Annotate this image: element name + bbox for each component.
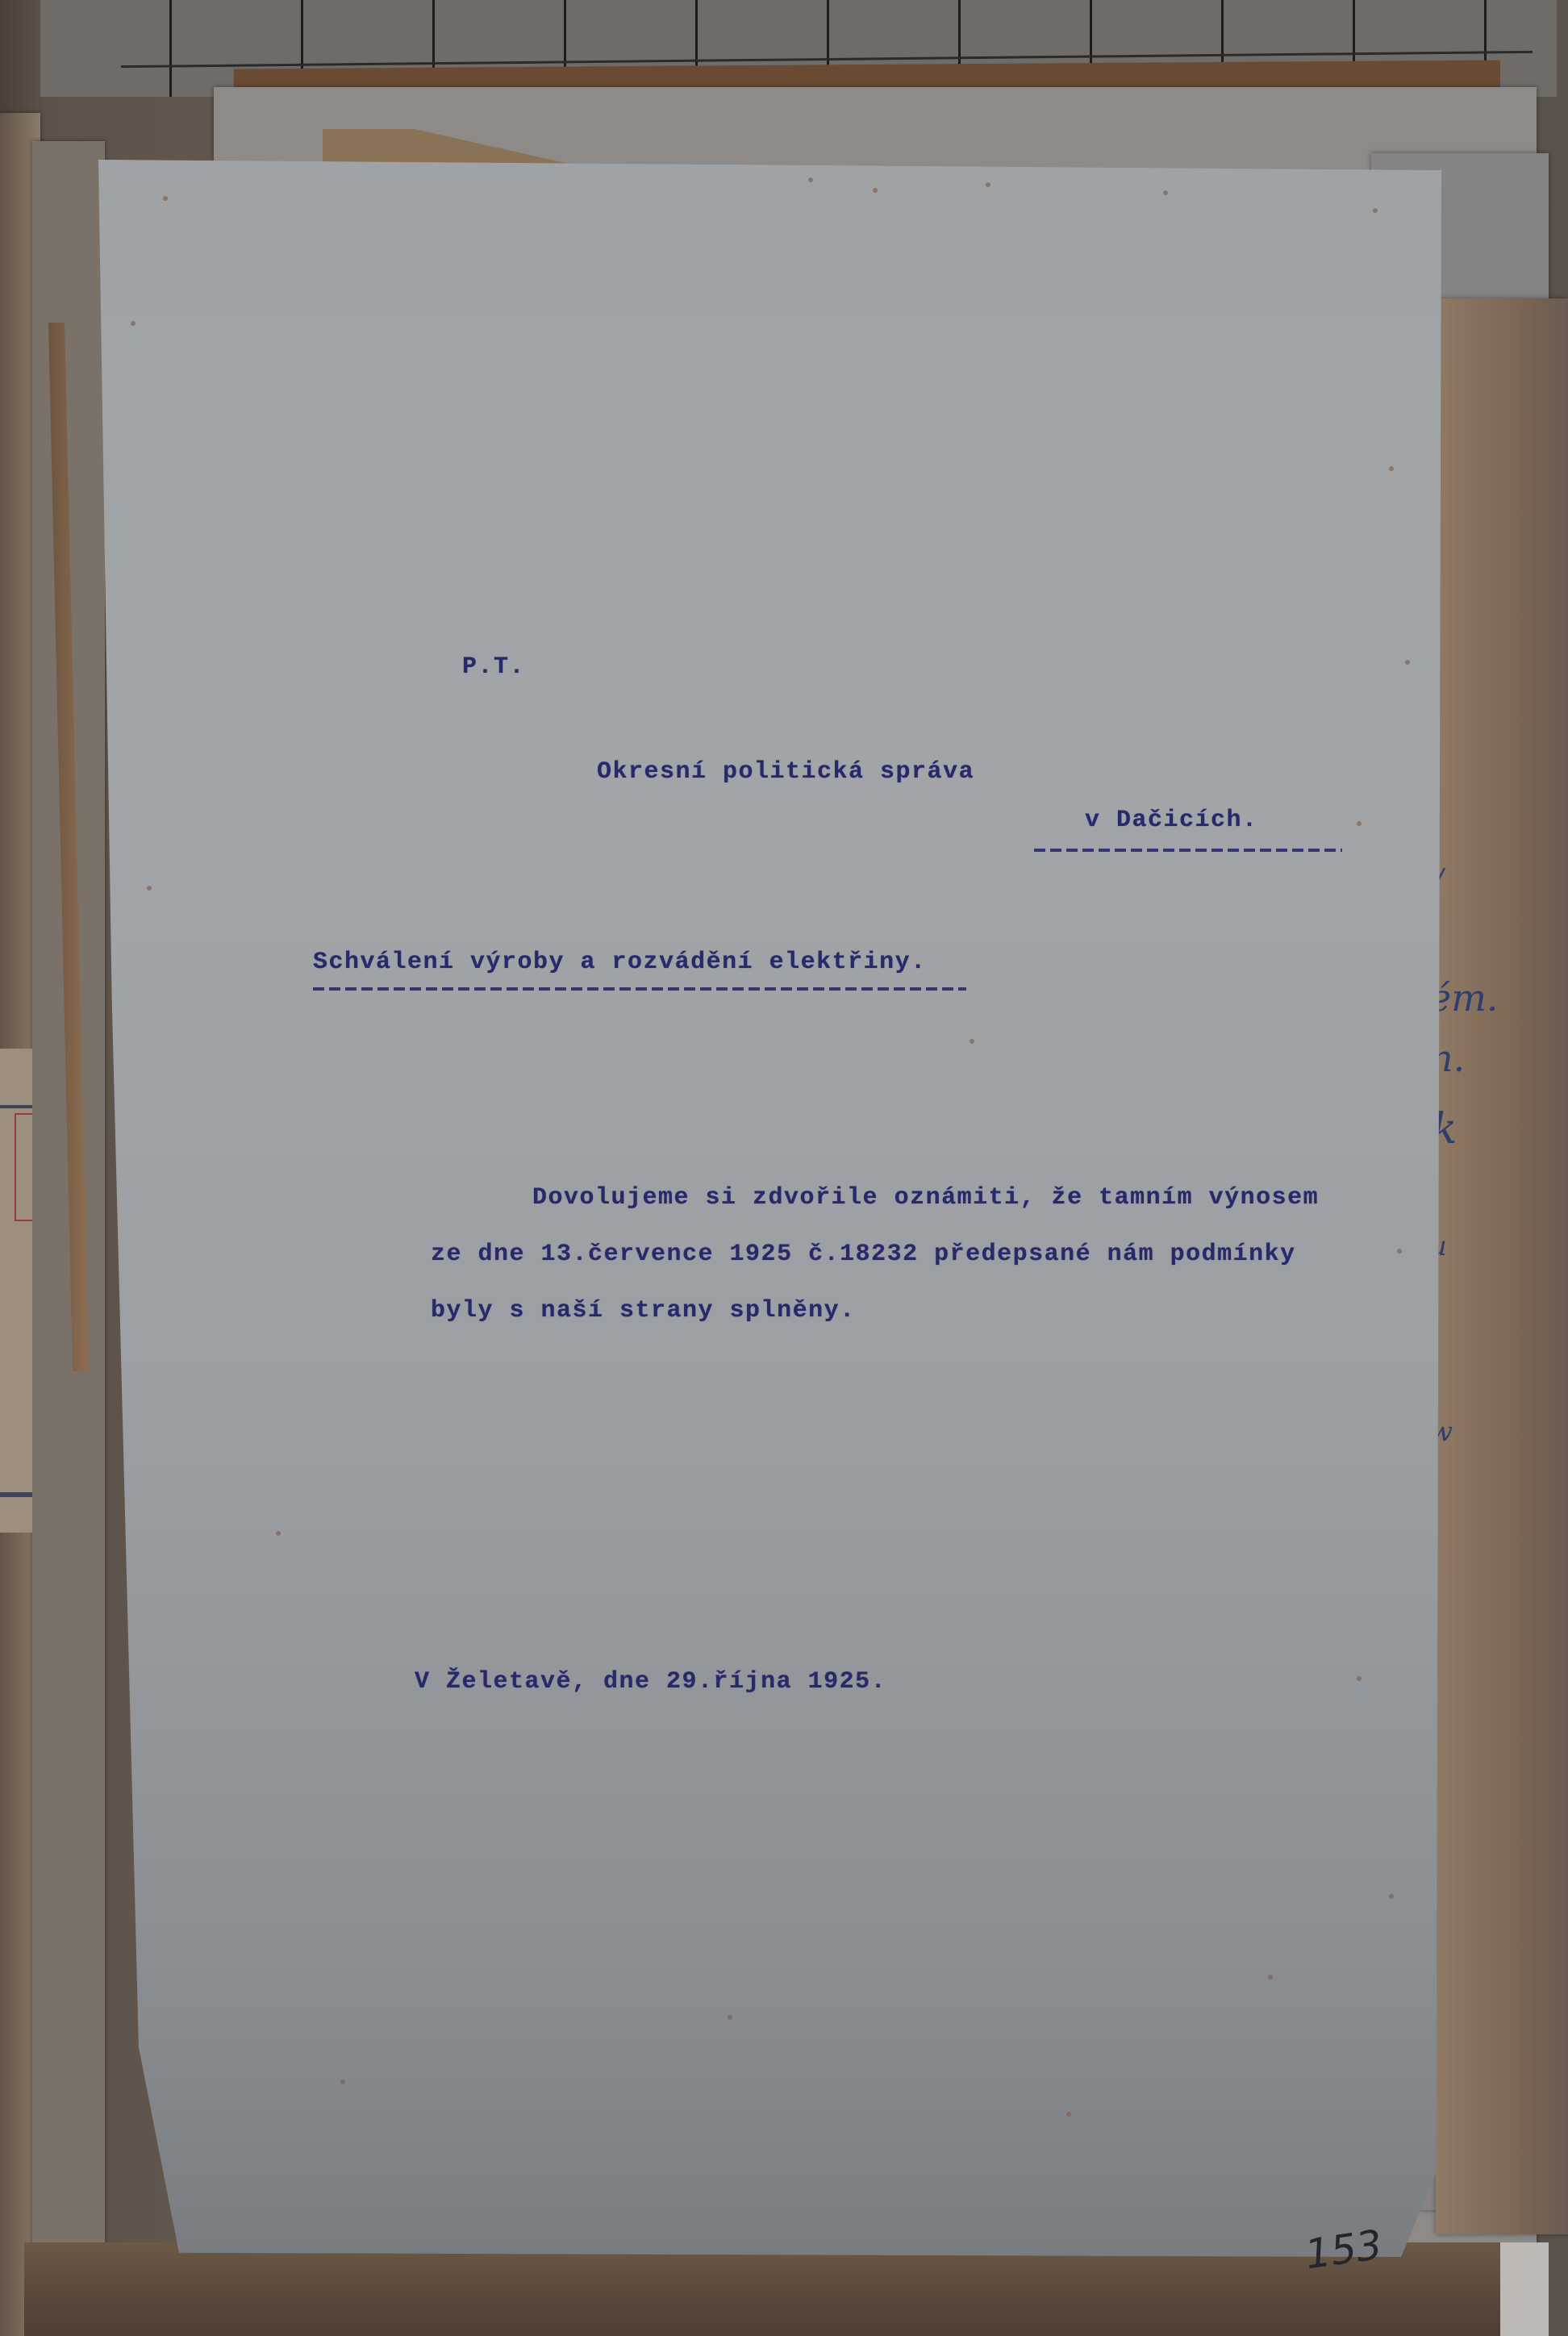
archive-photo-scene: / ém. n. k u w P.T. Okresní politická sp…: [0, 0, 1568, 2336]
letter-subject: Schválení výroby a rozvádění elektřiny.: [313, 949, 927, 976]
recipient-underline: [1034, 849, 1342, 852]
body-line-1: Dovolujeme si zdvořile oznámiti, že tamn…: [532, 1184, 1319, 1212]
ledger-band: [0, 1492, 32, 1497]
margin-note: ém.: [1429, 976, 1498, 1020]
body-line-2: ze dne 13.července 1925 č.18232 předepsa…: [431, 1241, 1296, 1268]
body-line-3: byly s naší strany splněny.: [431, 1297, 856, 1324]
red-bracket-mark: [15, 1113, 32, 1221]
ledger-band: [0, 1105, 32, 1108]
subject-underline: [313, 987, 966, 991]
bottom-right-label-tab: [1500, 2242, 1549, 2336]
place-and-date: V Želetavě, dne 29.října 1925.: [415, 1668, 886, 1696]
recipient-location: v Dačicích.: [1085, 807, 1258, 834]
left-paper-layer: [32, 141, 105, 2311]
recipient-office: Okresní politická správa: [597, 758, 974, 786]
right-brown-paper: [1436, 298, 1568, 2234]
salutation: P.T.: [462, 653, 525, 681]
left-ledger-fragment: [0, 1049, 32, 1533]
